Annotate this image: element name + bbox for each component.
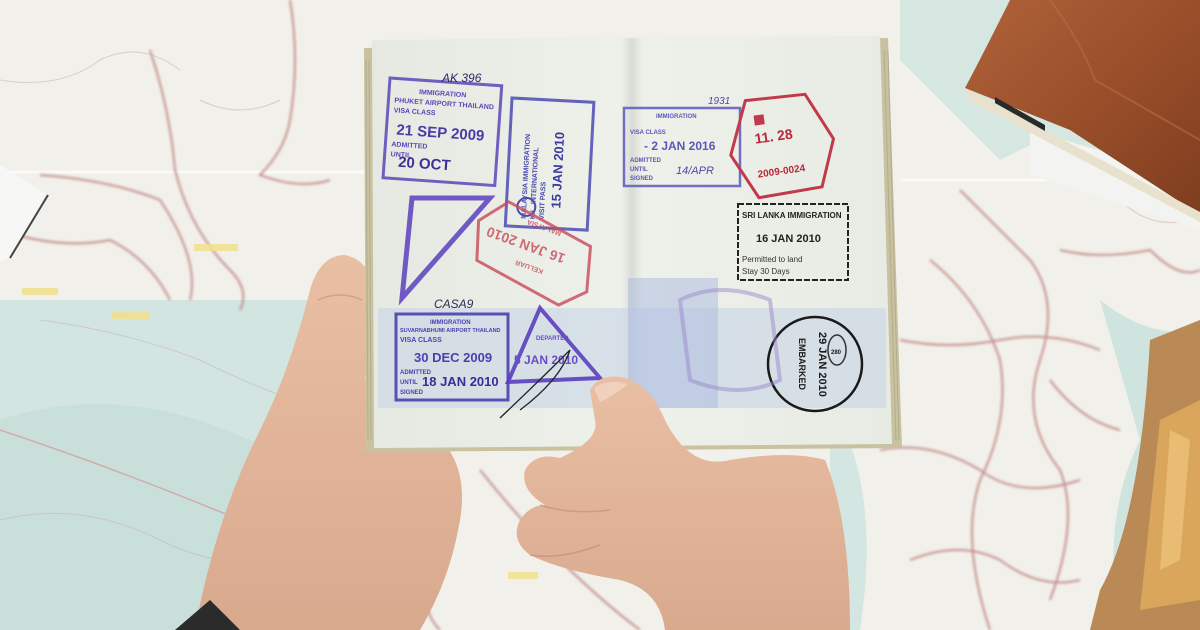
svg-text:IMMIGRATION: IMMIGRATION	[430, 320, 471, 326]
svg-text:IMMIGRATION: IMMIGRATION	[656, 114, 697, 120]
handwriting-1931: 1931	[708, 96, 730, 107]
svg-text:UNTIL: UNTIL	[400, 380, 418, 386]
svg-text:SRI LANKA IMMIGRATION: SRI LANKA IMMIGRATION	[742, 211, 842, 220]
svg-text:VISA CLASS: VISA CLASS	[400, 337, 442, 344]
svg-text:14/APR: 14/APR	[676, 165, 714, 177]
photo-illustration: IMMIGRATION PHUKET AIRPORT THAILAND VISA…	[0, 0, 1200, 630]
handwriting-casa9: CASA9	[434, 297, 474, 311]
svg-text:Permitted to land: Permitted to land	[742, 255, 802, 264]
svg-text:- 2 JAN 2016: - 2 JAN 2016	[644, 139, 716, 153]
svg-text:16 JAN 2010: 16 JAN 2010	[756, 233, 821, 245]
svg-text:280: 280	[831, 350, 842, 356]
photo-scene: IMMIGRATION PHUKET AIRPORT THAILAND VISA…	[0, 0, 1200, 630]
svg-text:UNTIL: UNTIL	[630, 167, 648, 173]
svg-text:Stay 30 Days: Stay 30 Days	[742, 267, 790, 276]
svg-text:SUVARNABHUMI AIRPORT THAILAND: SUVARNABHUMI AIRPORT THAILAND	[400, 328, 501, 334]
handwriting-ak396: AK 396	[441, 71, 482, 85]
svg-text:29 JAN 2010: 29 JAN 2010	[816, 332, 828, 397]
svg-text:EMBARKED: EMBARKED	[797, 338, 807, 391]
svg-text:SIGNED: SIGNED	[630, 176, 654, 182]
svg-text:ADMITTED: ADMITTED	[630, 158, 662, 164]
svg-text:DEPARTED: DEPARTED	[536, 336, 569, 342]
svg-text:30 DEC 2009: 30 DEC 2009	[414, 350, 492, 365]
svg-text:18 JAN 2010: 18 JAN 2010	[422, 374, 499, 389]
svg-text:VISA CLASS: VISA CLASS	[630, 130, 666, 136]
svg-text:SIGNED: SIGNED	[400, 390, 424, 396]
